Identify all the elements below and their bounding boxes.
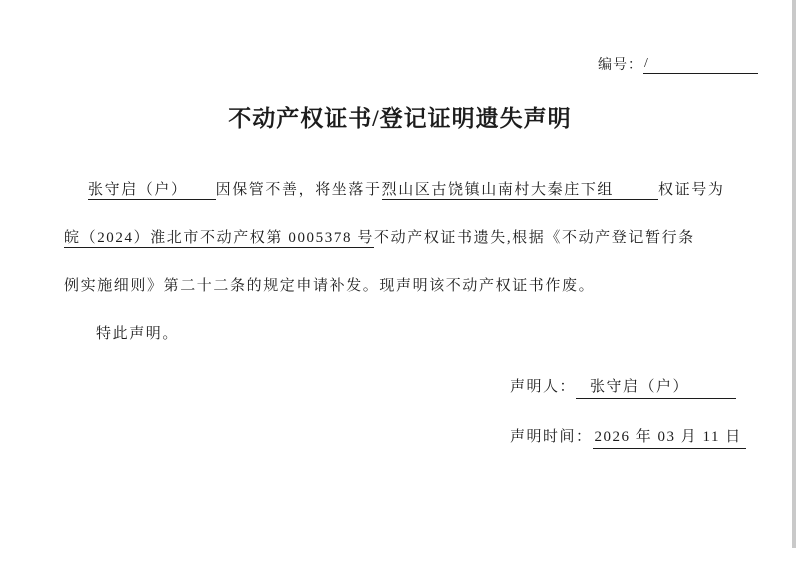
certificate-number: 皖（2024）淮北市不动产权第 0005378 号 [64, 230, 374, 248]
body-line1-end-text: 权证号为 [658, 182, 724, 198]
document-page: 编号：/ 不动产权证书/登记证明遗失声明 张守启（户）因保管不善，将坐落于烈山区… [0, 0, 800, 564]
closing-text: 特此声明。 [96, 326, 179, 342]
property-location: 烈山区古饶镇山南村大秦庄下组 [382, 182, 658, 200]
signature-block: 声明人：张守启（户） 声明时间：2026 年 03 月 11 日 [510, 362, 746, 462]
declaration-date: 2026 年 03 月 11 日 [593, 427, 746, 449]
closing-line: 特此声明。 [64, 310, 738, 358]
body-line-3: 例实施细则》第二十二条的规定申请补发。现声明该不动产权证书作废。 [64, 262, 738, 310]
body-line1-text: 因保管不善，将坐落于 [216, 182, 382, 198]
body-line-2: 皖（2024）淮北市不动产权第 0005378 号不动产权证书遗失,根据《不动产… [64, 214, 738, 262]
declarant-name: 张守启（户） [88, 182, 216, 200]
declarant-signature: 张守启（户） [576, 377, 736, 399]
declarant-label: 声明人： [510, 379, 576, 395]
declarant-row: 声明人：张守启（户） [510, 362, 746, 412]
page-edge-line [792, 0, 796, 548]
date-row: 声明时间：2026 年 03 月 11 日 [510, 412, 746, 462]
doc-number-label: 编号： [598, 58, 643, 73]
doc-number-value: / [643, 55, 758, 74]
body-line-1: 张守启（户）因保管不善，将坐落于烈山区古饶镇山南村大秦庄下组权证号为 [64, 166, 738, 214]
document-body: 张守启（户）因保管不善，将坐落于烈山区古饶镇山南村大秦庄下组权证号为 皖（202… [64, 166, 738, 358]
doc-number-row: 编号：/ [598, 54, 758, 74]
document-title: 不动产权证书/登记证明遗失声明 [0, 100, 800, 133]
date-label: 声明时间： [510, 429, 593, 445]
body-line2-text: 不动产权证书遗失,根据《不动产登记暂行条 [374, 230, 695, 246]
